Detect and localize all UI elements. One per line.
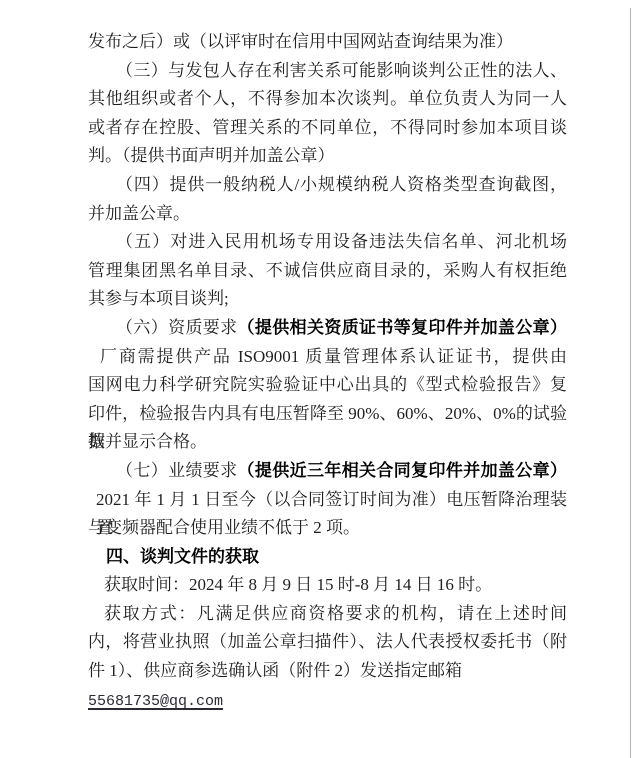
bold-text-segment: （提供近三年相关合同复印件并加盖公章） [238,461,567,480]
text-segment: 厂商需提供产品 ISO9001 质量管理体系认证证书，提供由 [100,347,567,366]
text-segment: （七）业绩要求 [116,461,238,480]
text-segment: 内，将营业执照（加盖公章扫描件）、法人代表授权委托书（附 [88,632,567,651]
text-line: 件 1）、供应商参选确认函（附件 2）发送指定邮箱 55681735@qq.co… [88,657,567,686]
text-line: 其参与本项目谈判; [88,285,567,314]
text-line: 据并显示合格。 [88,428,567,457]
text-line: （三）与发包人存在利害关系可能影响谈判公正性的法人、 [88,57,567,86]
page-edge-divider [630,8,631,758]
text-segment: 获取方式：凡满足供应商资格要求的机构，请在上述时间 [104,604,567,623]
text-line: （六）资质要求（提供相关资质证书等复印件并加盖公章） [88,314,567,343]
text-line: 内，将营业执照（加盖公章扫描件）、法人代表授权委托书（附 [88,628,567,657]
text-segment: 判。（提供书面声明并加盖公章） [88,146,335,165]
text-line: 厂商需提供产品 ISO9001 质量管理体系认证证书，提供由 [88,343,567,372]
text-segment: （四）提供一般纳税人/小规模纳税人资格类型查询截图， [116,175,567,194]
text-segment: 并加盖公章。 [88,204,190,223]
text-segment: 据并显示合格。 [88,432,207,451]
text-segment: 件 1）、供应商参选确认函（附件 2）发送指定邮箱 [88,661,462,680]
text-line: 国网电力科学研究院实验验证中心出具的《型式检验报告》复 [88,371,567,400]
text-line: 或者存在控股、管理关系的不同单位，不得同时参加本项目谈 [88,114,567,143]
text-line: 判。（提供书面声明并加盖公章） [88,142,567,171]
email-link[interactable]: 55681735@qq.com [88,693,223,710]
bold-text-segment: 四、谈判文件的获取 [106,547,259,566]
text-line: 四、谈判文件的获取 [88,543,567,572]
document-text-block: 发布之后）或（以评审时在信用中国网站查询结果为准）（三）与发包人存在利害关系可能… [88,28,567,686]
text-segment: 管理集团黑名单目录、不诚信供应商目录的，采购人有权拒绝 [88,261,567,280]
text-line: 与变频器配合使用业绩不低于 2 项。 [88,514,567,543]
text-segment: （三）与发包人存在利害关系可能影响谈判公正性的法人、 [116,61,567,80]
text-line: 2021 年 1 月 1 日至今（以合同签订时间为准）电压暂降治理装置 [88,486,567,515]
text-segment: 或者存在控股、管理关系的不同单位，不得同时参加本项目谈 [88,118,567,137]
text-segment: 获取时间：2024 年 8 月 9 日 15 时-8 月 14 日 16 时。 [104,575,492,594]
text-line: （五）对进入民用机场专用设备违法失信名单、河北机场 [88,228,567,257]
text-line: 获取时间：2024 年 8 月 9 日 15 时-8 月 14 日 16 时。 [88,571,567,600]
text-segment: （五）对进入民用机场专用设备违法失信名单、河北机场 [116,232,567,251]
text-line: 发布之后）或（以评审时在信用中国网站查询结果为准） [88,28,567,57]
text-line: 管理集团黑名单目录、不诚信供应商目录的，采购人有权拒绝 [88,257,567,286]
text-segment: 其他组织或者个人，不得参加本次谈判。单位负责人为同一人 [88,89,567,108]
text-segment: 与变频器配合使用业绩不低于 2 项。 [88,518,360,537]
text-line: （四）提供一般纳税人/小规模纳税人资格类型查询截图， [88,171,567,200]
text-line: （七）业绩要求（提供近三年相关合同复印件并加盖公章） [88,457,567,486]
bold-text-segment: （提供相关资质证书等复印件并加盖公章） [238,318,567,337]
text-line: 其他组织或者个人，不得参加本次谈判。单位负责人为同一人 [88,85,567,114]
text-segment: 其参与本项目谈判; [88,289,229,308]
text-line: 获取方式：凡满足供应商资格要求的机构，请在上述时间 [88,600,567,629]
document-page: 发布之后）或（以评审时在信用中国网站查询结果为准）（三）与发包人存在利害关系可能… [0,0,635,758]
text-line: 并加盖公章。 [88,200,567,229]
text-line: 印件，检验报告内具有电压暂降至 90%、60%、20%、0%的试验数 [88,400,567,429]
text-segment: 国网电力科学研究院实验验证中心出具的《型式检验报告》复 [88,375,567,394]
text-segment: 发布之后）或（以评审时在信用中国网站查询结果为准） [88,32,513,51]
text-segment: （六）资质要求 [116,318,238,337]
